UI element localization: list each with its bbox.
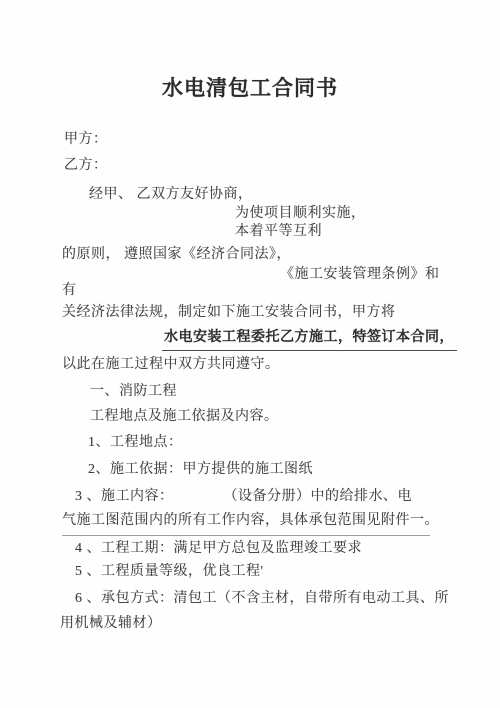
preamble-line-6: 有 <box>62 281 77 300</box>
clause-5-quality: 5 、工程质量等级，优良工程' <box>75 562 264 581</box>
clause-6-continuation: 用机械及辅材） <box>60 614 162 633</box>
clause-3-label: 3 、施工内容： <box>75 487 174 506</box>
contract-document-page: 水电清包工合同书 甲方： 乙方： 经甲、 乙双方友好协商， 为使项目顺利实施， … <box>0 0 500 708</box>
section1-heading: 一、消防工程 <box>90 382 177 401</box>
preamble-line-3: 本着平等互利 <box>235 222 322 241</box>
clause-6-contract-mode: 6 、承包方式：清包工（不含主材，自带所有电动工具、所 <box>75 589 449 608</box>
party-b-line: 乙方： <box>64 156 108 175</box>
section1-intro: 工程地点及施工依据及内容。 <box>90 407 279 426</box>
preamble-line-2: 为使项目顺利实施， <box>235 204 366 223</box>
clause-1-location: 1、工程地点： <box>88 433 183 452</box>
preamble-line-7: 关经济法律法规，制定如下施工安装合同书，甲方将 <box>62 303 396 322</box>
clause-3-content: 3 、施工内容：（设备分册）中的给排水、电 <box>75 487 412 506</box>
clause-3-value: （设备分册）中的给排水、电 <box>224 489 413 504</box>
preamble-line-1: 经甲、 乙双方友好协商， <box>89 185 253 204</box>
contract-title: 水电清包工合同书 <box>0 72 500 102</box>
clause-4-schedule: 4 、工程工期：满足甲方总包及监理竣工要求 <box>75 539 362 558</box>
clause-3-continuation: 气施工图范围内的所有工作内容，具体承包范围见附件一。 <box>62 511 439 530</box>
preamble-line-4: 的原则， 遵照国家《经济合同法》， <box>62 245 291 264</box>
preamble-underlined-line: 水电安装工程委托乙方施工，特签订本合同， <box>162 328 457 351</box>
preamble-line-9: 以此在施工过程中双方共同遵守。 <box>62 355 280 374</box>
preamble-line-5: 《施工安装管理条例》和 <box>280 265 440 284</box>
separator-line <box>62 535 430 536</box>
party-a-line: 甲方： <box>64 130 108 149</box>
underlined-clause-text: 水电安装工程委托乙方施工，特签订本合同， <box>162 328 457 351</box>
clause-2-basis: 2、施工依据：甲方提供的施工图纸 <box>88 460 313 479</box>
